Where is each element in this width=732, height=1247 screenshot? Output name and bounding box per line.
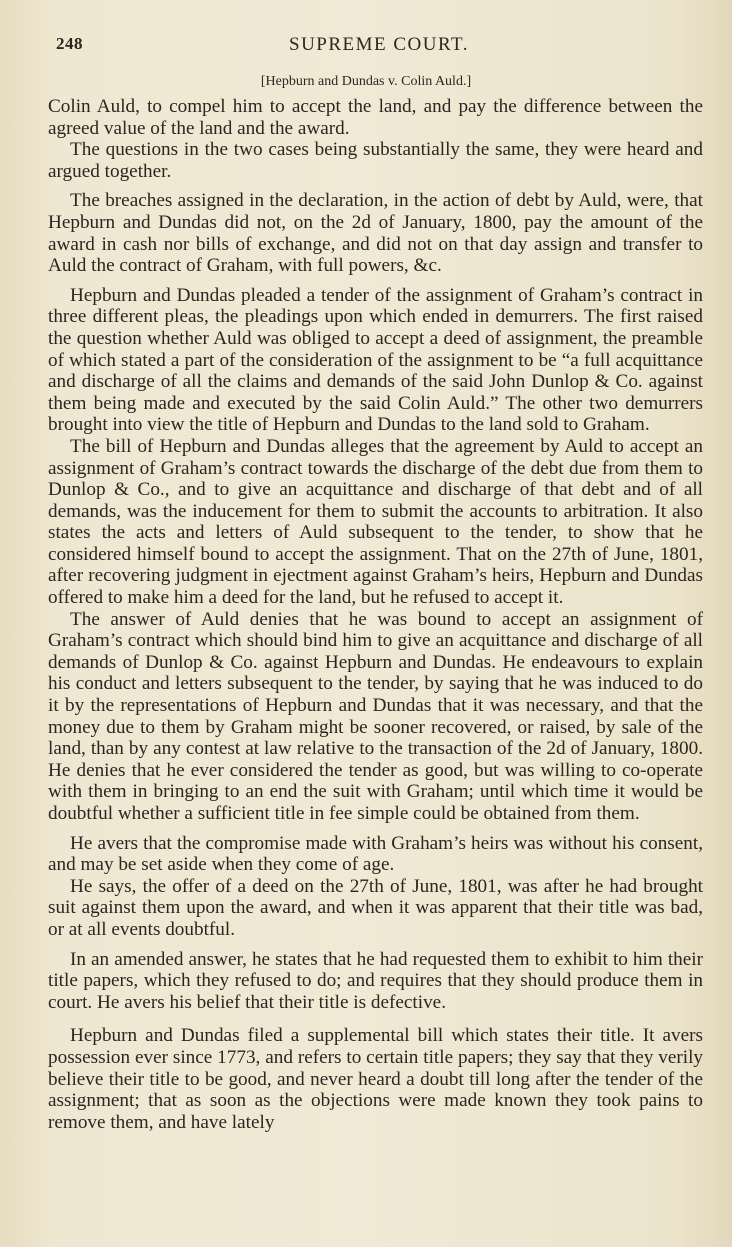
running-head: 248 SUPREME COURT. (56, 34, 702, 60)
body-text: Colin Auld, to compel him to accept the … (48, 96, 703, 1133)
paragraph: In an amended answer, he states that he … (48, 949, 703, 1014)
paragraph: He avers that the compromise made with G… (48, 833, 703, 876)
running-title: SUPREME COURT. (56, 34, 702, 56)
paragraph: Hepburn and Dundas filed a supplemental … (48, 1025, 703, 1133)
paragraph: Hepburn and Dundas pleaded a tender of t… (48, 285, 703, 436)
case-caption: [Hepburn and Dundas v. Colin Auld.] (0, 74, 732, 90)
paragraph: The bill of Hepburn and Dundas alleges t… (48, 436, 703, 609)
paragraph: The answer of Auld denies that he was bo… (48, 609, 703, 825)
paragraph: The questions in the two cases being sub… (48, 139, 703, 182)
paragraph: He says, the offer of a deed on the 27th… (48, 876, 703, 941)
book-page: 248 SUPREME COURT. [Hepburn and Dundas v… (0, 0, 732, 1247)
paragraph: The breaches assigned in the declaration… (48, 190, 703, 276)
paragraph: Colin Auld, to compel him to accept the … (48, 96, 703, 139)
